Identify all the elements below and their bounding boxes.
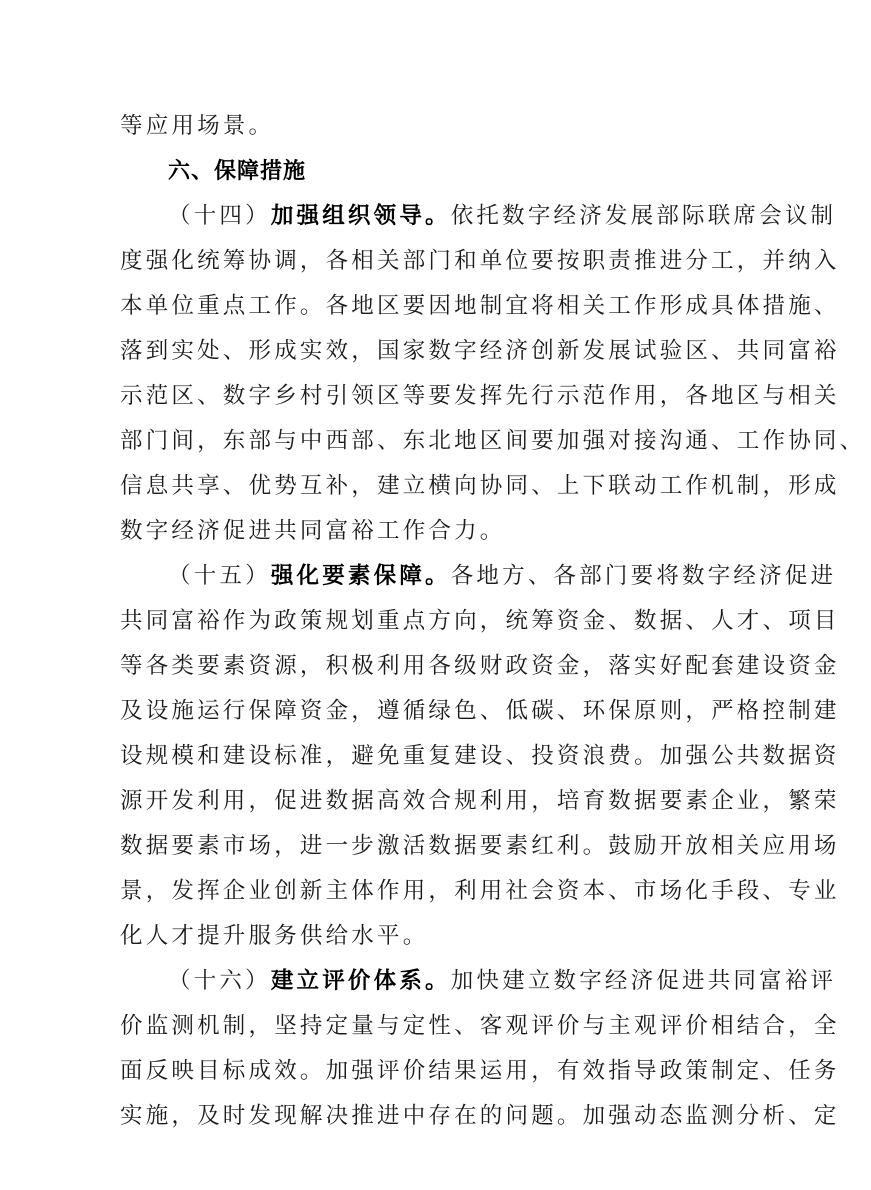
document-page: 等应用场景。 六、保障措施 （十四）加强组织领导。依托数字经济发展部际联席会议制… (120, 104, 750, 1139)
paragraph-line: 示范区、数字乡村引领区等要发挥先行示范作用，各地区与相关 (120, 374, 750, 419)
paragraph-line: 数据要素市场，进一步激活数据要素红利。鼓励开放相关应用场 (120, 824, 750, 869)
paragraph-title: 强化要素保障。 (271, 563, 451, 589)
paragraph-line: 部门间，东部与中西部、东北地区间要加强对接沟通、工作协同、 (120, 419, 750, 464)
paragraph-number: （十六） (168, 968, 271, 994)
paragraph-line: 景，发挥企业创新主体作用，利用社会资本、市场化手段、专业 (120, 869, 750, 914)
paragraph-title: 建立评价体系。 (271, 968, 451, 994)
paragraph-text: 各地方、各部门要将数字经济促进 (451, 563, 837, 589)
paragraph-number: （十四） (168, 203, 271, 229)
paragraph-line: 化人才提升服务供给水平。 (120, 914, 750, 959)
paragraph-line: 本单位重点工作。各地区要因地制宜将相关工作形成具体措施、 (120, 284, 750, 329)
paragraph-first-line: （十五）强化要素保障。各地方、各部门要将数字经济促进 (120, 554, 750, 599)
paragraph-line: 数字经济促进共同富裕工作合力。 (120, 509, 750, 554)
paragraph-line: 共同富裕作为政策规划重点方向，统筹资金、数据、人才、项目 (120, 599, 750, 644)
paragraph-line: 度强化统筹协调，各相关部门和单位要按职责推进分工，并纳入 (120, 239, 750, 284)
top-fragment: 等应用场景。 (120, 104, 750, 149)
paragraph-first-line: （十四）加强组织领导。依托数字经济发展部际联席会议制 (120, 194, 750, 239)
paragraph-line: 等各类要素资源，积极利用各级财政资金，落实好配套建设资金 (120, 644, 750, 689)
paragraph-line: 设规模和建设标准，避免重复建设、投资浪费。加强公共数据资 (120, 734, 750, 779)
paragraph-first-line: （十六）建立评价体系。加快建立数字经济促进共同富裕评 (120, 959, 750, 1004)
paragraph-number: （十五） (168, 563, 271, 589)
paragraph-14: （十四）加强组织领导。依托数字经济发展部际联席会议制 度强化统筹协调，各相关部门… (120, 194, 750, 554)
paragraph-line: 源开发利用，促进数据高效合规利用，培育数据要素企业，繁荣 (120, 779, 750, 824)
paragraph-title: 加强组织领导。 (271, 203, 451, 229)
section-heading: 六、保障措施 (120, 149, 750, 194)
paragraph-16: （十六）建立评价体系。加快建立数字经济促进共同富裕评 价监测机制，坚持定量与定性… (120, 959, 750, 1139)
paragraph-15: （十五）强化要素保障。各地方、各部门要将数字经济促进 共同富裕作为政策规划重点方… (120, 554, 750, 959)
paragraph-line: 面反映目标成效。加强评价结果运用，有效指导政策制定、任务 (120, 1049, 750, 1094)
paragraph-text: 加快建立数字经济促进共同富裕评 (451, 968, 837, 994)
paragraph-line: 及设施运行保障资金，遵循绿色、低碳、环保原则，严格控制建 (120, 689, 750, 734)
paragraph-line: 落到实处、形成实效，国家数字经济创新发展试验区、共同富裕 (120, 329, 750, 374)
paragraph-line: 价监测机制，坚持定量与定性、客观评价与主观评价相结合，全 (120, 1004, 750, 1049)
paragraph-line: 实施，及时发现解决推进中存在的问题。加强动态监测分析、定 (120, 1094, 750, 1139)
paragraph-line: 信息共享、优势互补，建立横向协同、上下联动工作机制，形成 (120, 464, 750, 509)
paragraph-text: 依托数字经济发展部际联席会议制 (451, 203, 837, 229)
